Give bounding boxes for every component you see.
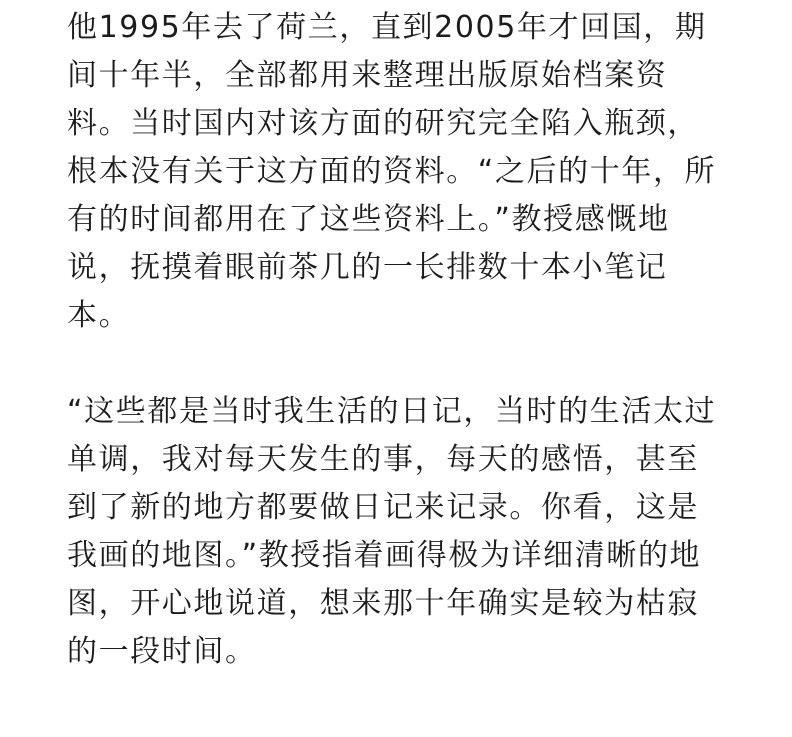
text-line: “这些都是当时我生活的日记，当时的生活太过	[67, 388, 727, 436]
text-line: 有的时间都用在了这些资料上。”教授感慨地	[67, 196, 727, 244]
text-line: 单调，我对每天发生的事，每天的感悟，甚至	[67, 436, 727, 484]
text-line: 料。当时国内对该方面的研究完全陷入瓶颈，	[67, 100, 727, 148]
text-line: 间十年半，全部都用来整理出版原始档案资	[67, 52, 727, 100]
text-line: 本。	[67, 292, 727, 340]
text-line: 图，开心地说道，想来那十年确实是较为枯寂	[67, 580, 727, 628]
text-line: 到了新的地方都要做日记来记录。你看，这是	[67, 484, 727, 532]
text-line: 他1995年去了荷兰，直到2005年才回国，期	[67, 4, 727, 52]
text-line: 根本没有关于这方面的资料。“之后的十年，所	[67, 148, 727, 196]
article-body: 他1995年去了荷兰，直到2005年才回国，期 间十年半，全部都用来整理出版原始…	[67, 4, 727, 676]
paragraph-2: “这些都是当时我生活的日记，当时的生活太过 单调，我对每天发生的事，每天的感悟，…	[67, 388, 727, 676]
text-line: 说，抚摸着眼前茶几的一长排数十本小笔记	[67, 244, 727, 292]
text-line: 我画的地图。”教授指着画得极为详细清晰的地	[67, 532, 727, 580]
text-line: 的一段时间。	[67, 628, 727, 676]
paragraph-1: 他1995年去了荷兰，直到2005年才回国，期 间十年半，全部都用来整理出版原始…	[67, 4, 727, 340]
